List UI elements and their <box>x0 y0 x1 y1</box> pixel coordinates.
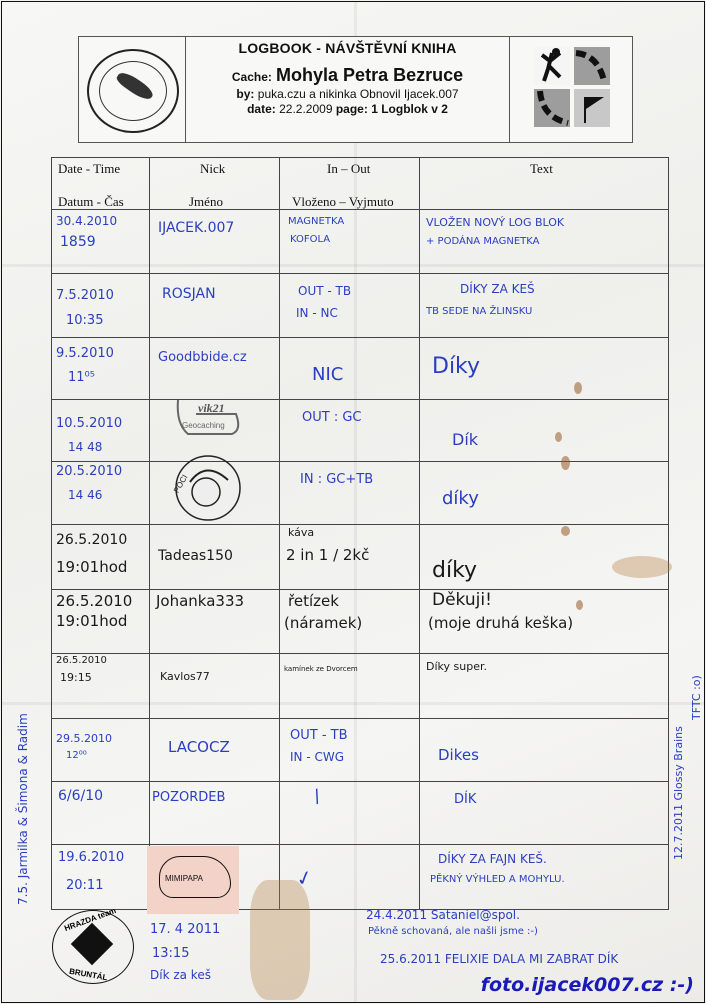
row-time: 19:01hod <box>56 558 127 576</box>
cache-label: Cache: <box>232 70 272 84</box>
row-inout: káva <box>288 526 314 539</box>
geocaching-logo-icon <box>534 47 612 129</box>
row-time: 10:35 <box>66 313 103 328</box>
row-text: TB SEDE NA ŽLINSKU <box>426 306 532 317</box>
svg-text:vik21: vik21 <box>198 401 225 415</box>
row-inout: řetízek <box>288 592 339 610</box>
row-inout: 2 in 1 / 2kč <box>286 546 369 564</box>
stain <box>576 600 583 610</box>
row-date: 30.4.2010 <box>56 214 117 228</box>
row-text: díky <box>432 558 477 583</box>
col-header-nick-cz: Jméno <box>189 194 223 210</box>
logbook-title: LOGBOOK - NÁVŠTĚVNÍ KNIHA <box>186 40 509 56</box>
col-header-inout-cz: Vloženo – Vyjmuto <box>292 194 394 210</box>
row-text: Děkuji! <box>432 590 492 610</box>
row-text: DÍKY ZA FAJN KEŠ. <box>438 852 547 866</box>
row-text: DÍKY ZA KEŠ <box>460 282 535 296</box>
row-date: 26.5.2010 <box>56 532 127 548</box>
left-logo-cell <box>79 37 186 142</box>
row-date: 9.5.2010 <box>56 346 114 361</box>
row-date: 10.5.2010 <box>56 416 122 431</box>
poci-stamp: POCI <box>166 452 252 522</box>
mimipapa-stamp: MIMIPAPA <box>147 846 239 914</box>
row-inout: OUT - TB <box>290 728 348 743</box>
row-time: 20:11 <box>66 878 103 893</box>
row-date: 29.5.2010 <box>56 732 112 745</box>
row-inout: IN - NC <box>296 306 338 320</box>
stain <box>250 880 310 1000</box>
stain <box>555 432 562 442</box>
stamp-bottom-text: BRUNTÁL <box>69 967 109 983</box>
chess-rook-icon <box>71 923 113 965</box>
row-text: VLOŽEN NOVÝ LOG BLOK <box>426 216 564 229</box>
date-line: date: 22.2.2009 page: 1 Logblok v 2 <box>186 102 509 116</box>
by-value: puka.czu a nikinka Obnovil Ijacek.007 <box>258 87 459 101</box>
header-text: LOGBOOK - NÁVŠTĚVNÍ KNIHA Cache: Mohyla … <box>186 37 509 142</box>
cache-line: Cache: Mohyla Petra Bezruce <box>186 65 509 86</box>
row-inout: NIC <box>312 364 343 385</box>
right-logo-cell <box>509 37 632 142</box>
row-time: 19:01hod <box>56 612 127 630</box>
by-label: by: <box>236 87 254 101</box>
row-text: Dikes <box>438 746 479 764</box>
row-time: 1859 <box>60 234 96 250</box>
bottom-entry3: 25.6.2011 FELIXIE DALA MI ZABRAT DÍK <box>380 952 618 966</box>
by-line: by: puka.czu a nikinka Obnovil Ijacek.00… <box>186 87 509 101</box>
row-date: 6/6/10 <box>58 788 103 804</box>
row-time: 14 46 <box>68 488 102 502</box>
row-inout: KOFOLA <box>290 234 330 245</box>
row-text: PĚKNÝ VÝHLED A MOHYLU. <box>430 874 565 885</box>
date-label: date: <box>247 102 276 116</box>
row-inout: IN : GC+TB <box>300 472 373 487</box>
col-header-date-cz: Datum - Čas <box>58 194 124 210</box>
row-time: 14 48 <box>68 440 102 454</box>
logbook-header: LOGBOOK - NÁVŠTĚVNÍ KNIHA Cache: Mohyla … <box>78 36 633 143</box>
row-date: 26.5.2010 <box>56 592 132 610</box>
col-header-text: Text <box>530 161 553 177</box>
row-date: 7.5.2010 <box>56 288 114 303</box>
cache-name: Mohyla Petra Bezruce <box>276 65 463 85</box>
row-inout: MAGNETKA <box>288 216 344 227</box>
col-header-nick-en: Nick <box>200 161 225 177</box>
row-inout: kamínek ze Dvorcem <box>284 665 358 673</box>
row-nick: POZORDEB <box>152 790 225 805</box>
row-date: 20.5.2010 <box>56 464 122 479</box>
bottom-entry-time: 13:15 <box>152 946 189 961</box>
row-inout: (náramek) <box>284 614 362 632</box>
row-inout: OUT - TB <box>298 284 351 298</box>
row-text: Díky <box>432 354 480 379</box>
bottom-entry-text: Dík za keš <box>150 968 211 982</box>
left-margin-note: 7.5. Jarmilka & Šimona & Radim <box>16 713 30 905</box>
page-label: page: <box>336 102 368 116</box>
row-text: Díky super. <box>426 660 487 673</box>
row-time: 12⁰⁰ <box>66 750 87 761</box>
row-date: 19.6.2010 <box>58 850 124 865</box>
hrazda-team-stamp: HRAZDA team BRUNTÁL <box>52 910 134 984</box>
stain <box>561 526 570 536</box>
log-table: Date - Time Datum - Čas Nick Jméno In – … <box>51 157 669 910</box>
bottom-entry-date: 17. 4 2011 <box>150 922 220 937</box>
bottom-entry2-line2: Pěkně schovaná, ale našli jsme :-) <box>368 926 538 937</box>
czechland-seal-icon <box>87 49 179 133</box>
svg-text:Geocaching: Geocaching <box>182 421 225 430</box>
row-nick: Johanka333 <box>156 592 244 610</box>
row-nick: ROSJAN <box>162 286 216 302</box>
right-margin-note-2: TFTC :o) <box>690 675 703 720</box>
col-header-date-en: Date - Time <box>58 161 120 177</box>
mimipapa-label: MIMIPAPA <box>165 874 203 883</box>
row-time: 19:15 <box>60 671 92 684</box>
row-nick: Tadeas150 <box>158 548 233 564</box>
row-inout: IN - CWG <box>290 750 344 764</box>
page-value: 1 Logblok v 2 <box>371 102 448 116</box>
right-margin-note-1: 12.7.2011 Glossy Brains <box>672 726 685 860</box>
row-text: díky <box>442 488 479 509</box>
row-nick: IJACEK.007 <box>158 220 234 236</box>
row-text: (moje druhá keška) <box>428 614 573 632</box>
row-inout: / <box>311 786 324 808</box>
row-text: Dík <box>452 430 478 449</box>
row-inout: OUT : GC <box>302 410 361 425</box>
col-header-inout-en: In – Out <box>327 161 370 177</box>
row-nick: Kavlos77 <box>160 670 210 683</box>
row-nick: LACOCZ <box>168 738 230 756</box>
row-text: DÍK <box>454 792 476 807</box>
row-nick: Goodbbide.cz <box>158 350 247 365</box>
bottom-entry2-line1: 24.4.2011 Sataniel@spol. <box>366 908 520 922</box>
watermark-link[interactable]: foto.ijacek007.cz :-) <box>481 974 694 996</box>
stain <box>561 456 570 470</box>
row-time: 11⁰⁵ <box>68 370 95 385</box>
stain <box>574 382 582 394</box>
row-date: 26.5.2010 <box>56 655 107 666</box>
date-value: 22.2.2009 <box>279 102 332 116</box>
svg-text:POCI: POCI <box>172 473 190 494</box>
row-text: + PODÁNA MAGNETKA <box>426 236 540 247</box>
stain <box>612 556 672 578</box>
